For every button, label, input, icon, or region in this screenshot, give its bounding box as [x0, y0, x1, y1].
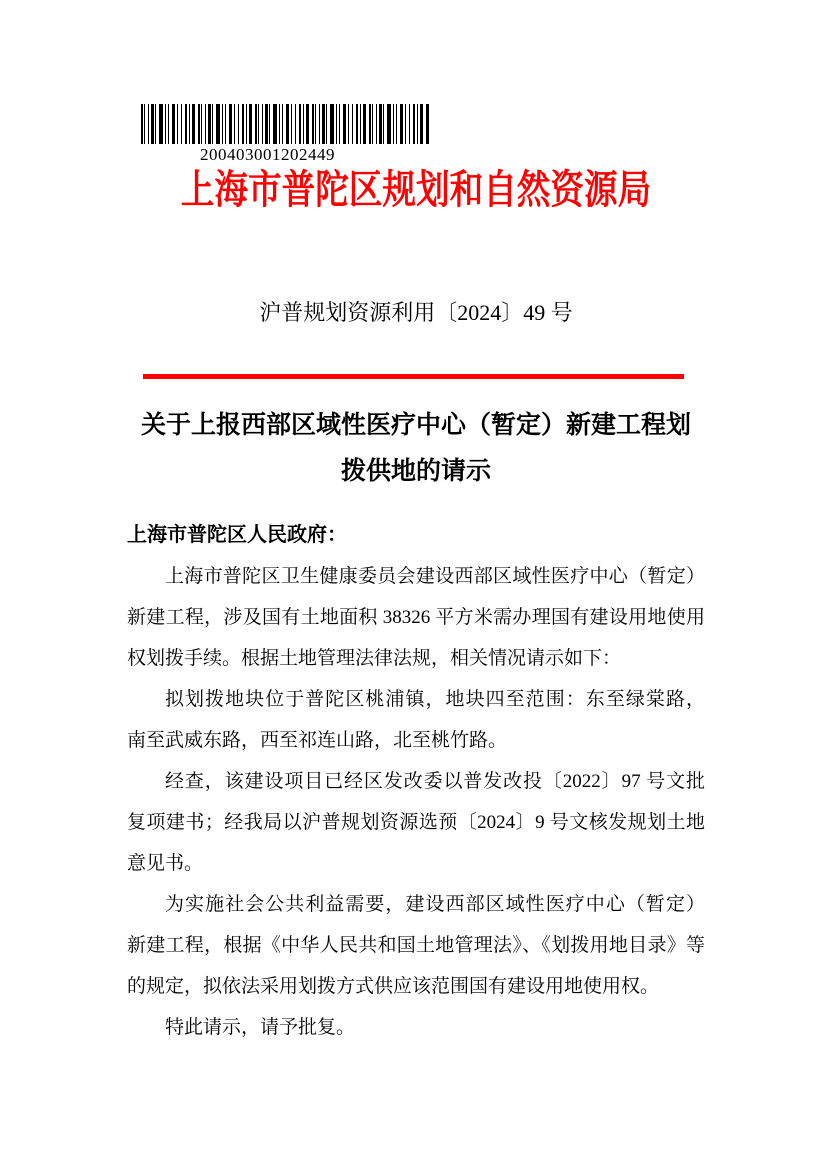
body-line: 为实施社会公共利益需要，建设西部区域性医疗中心（暂定）	[127, 884, 705, 925]
body-line: 上海市普陀区卫生健康委员会建设西部区域性医疗中心（暂定）	[127, 556, 705, 597]
body-paragraph: 为实施社会公共利益需要，建设西部区域性医疗中心（暂定） 新建工程，根据《中华人民…	[127, 884, 705, 1007]
body-paragraph: 特此请示，请予批复。	[127, 1007, 705, 1048]
body-line: 经查，该建设项目已经区发改委以普发改投〔2022〕97 号文批	[127, 761, 705, 802]
document-title: 关于上报西部区域性医疗中心（暂定）新建工程划 拨供地的请示	[124, 402, 708, 494]
barcode-number: 200403001202449	[125, 145, 410, 165]
body-line: 南至武威东路，西至祁连山路，北至桃竹路。	[127, 720, 705, 761]
body-paragraph: 拟划拨地块位于普陀区桃浦镇，地块四至范围：东至绿棠路， 南至武威东路，西至祁连山…	[127, 679, 705, 761]
document-title-line2: 拨供地的请示	[124, 448, 708, 494]
agency-name: 上海市普陀区规划和自然资源局	[181, 165, 651, 215]
salutation: 上海市普陀区人民政府：	[127, 515, 705, 556]
document-page: 200403001202449 上海市普陀区规划和自然资源局 沪普规划资源利用〔…	[0, 0, 826, 1169]
body-paragraph: 经查，该建设项目已经区发改委以普发改投〔2022〕97 号文批 复项建书；经我局…	[127, 761, 705, 884]
document-reference-number: 沪普规划资源利用〔2024〕49 号	[127, 297, 705, 329]
body-line: 新建工程，根据《中华人民共和国土地管理法》、《划拨用地目录》等	[127, 925, 705, 966]
body-line: 的规定，拟依法采用划拨方式供应该范围国有建设用地使用权。	[127, 966, 705, 1007]
body-line: 意见书。	[127, 843, 705, 884]
body-line: 复项建书；经我局以沪普规划资源选预〔2024〕9 号文核发规划土地	[127, 802, 705, 843]
document-body: 上海市普陀区人民政府： 上海市普陀区卫生健康委员会建设西部区域性医疗中心（暂定）…	[127, 515, 705, 1048]
document-title-line1: 关于上报西部区域性医疗中心（暂定）新建工程划	[124, 402, 708, 448]
body-line: 权划拨手续。根据土地管理法律法规，相关情况请示如下：	[127, 638, 705, 679]
body-line: 拟划拨地块位于普陀区桃浦镇，地块四至范围：东至绿棠路，	[127, 679, 705, 720]
body-line: 新建工程，涉及国有土地面积 38326 平方米需办理国有建设用地使用	[127, 597, 705, 638]
barcode-image	[141, 104, 429, 144]
body-line: 特此请示，请予批复。	[127, 1007, 705, 1048]
red-divider-line	[143, 374, 684, 379]
body-paragraph: 上海市普陀区卫生健康委员会建设西部区域性医疗中心（暂定） 新建工程，涉及国有土地…	[127, 556, 705, 679]
agency-letterhead: 上海市普陀区规划和自然资源局	[127, 165, 705, 215]
